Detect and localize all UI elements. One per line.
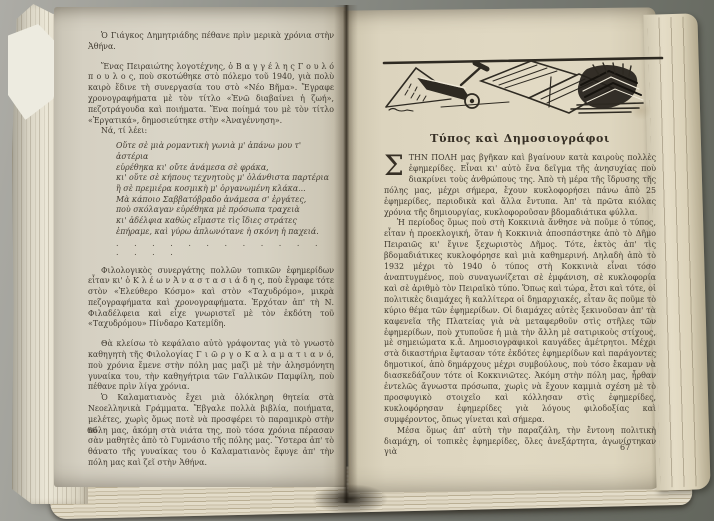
poem-line: Οὔτε σὲ μιὰ ρομαντικὴ γωνιὰ μ' ἀπάνω μου… bbox=[116, 141, 334, 162]
paragraph: Ὁ Γιάγκος Δημητριάδης πέθανε πρὶν μερικὰ… bbox=[88, 31, 334, 53]
book-photo: Ὁ Γιάγκος Δημητριάδης πέθανε πρὶν μερικὰ… bbox=[0, 0, 714, 521]
paragraph: Ὁ Καλαματιανὸς ἔχει μιὰ ὁλόκληρη θητεία … bbox=[88, 393, 334, 469]
gutter-shadow bbox=[334, 5, 358, 503]
paragraph: Μέσα ὅμως ἀπ' αὐτὴ τὴν παραζάλη, τὴν ἔντ… bbox=[384, 426, 656, 459]
poem-line: ἢ σὲ πρεμιέρα κοσμικὴ μ' ὀργανωμένη κλάκ… bbox=[116, 184, 334, 195]
poem-lead-in: Νά, τί λέει: bbox=[88, 126, 334, 137]
left-page-text: Ὁ Γιάγκος Δημητριάδης πέθανε πρὶν μερικὰ… bbox=[88, 31, 334, 469]
poem-line: ἐπήραμε, καὶ γύρω ἁπλωνότανε ἡ σκόνη ἡ π… bbox=[116, 227, 334, 238]
chapter-heading: Τύπος καὶ Δημοσιογράφοι bbox=[384, 132, 656, 145]
page-number-right: 67 bbox=[620, 443, 630, 452]
gutter-bottom-shadow bbox=[312, 484, 388, 514]
dots-separator: . . . . . . . . . . . . . . . . bbox=[116, 239, 334, 257]
poem-line: εὑρέθηκα κι' οὔτε ἀνάμεσα σὲ φράκα, bbox=[116, 163, 334, 174]
paragraph-text: ΤΗΝ ΠΟΛΗ μας βγῆκαν καὶ βγαίνουν κατὰ κα… bbox=[384, 153, 656, 217]
paragraph: ΣΤΗΝ ΠΟΛΗ μας βγῆκαν καὶ βγαίνουν κατὰ κ… bbox=[384, 153, 656, 218]
poem-line: Μὰ κάποιο Σαββατόβραδο ἀνάμεσα σ' ἐργάτε… bbox=[116, 195, 334, 206]
drop-cap: Σ bbox=[384, 153, 409, 176]
print-roller-illustration bbox=[381, 55, 665, 121]
poem-line: ποὺ σκόλαγαν εὑρέθηκα μὲ πρόσωπα τραχειὰ bbox=[116, 205, 334, 216]
page-number-left: 66 bbox=[87, 426, 97, 435]
poem: Οὔτε σὲ μιὰ ρομαντικὴ γωνιὰ μ' ἀπάνω μου… bbox=[116, 141, 334, 237]
paragraph: Θὰ κλείσω τὸ κεφάλαιο αὐτὸ γράφοντας γιὰ… bbox=[88, 339, 334, 393]
right-page-text: ΣΤΗΝ ΠΟΛΗ μας βγῆκαν καὶ βγαίνουν κατὰ κ… bbox=[384, 153, 656, 458]
poem-line: κι' οὔτε σὲ κήπους τεχνητοὺς μ' ὁλάνθιστ… bbox=[116, 173, 334, 184]
poem-line: κι' ἀδέλφια καθὼς εἴμαστε τὶς ἴδιες στρά… bbox=[116, 216, 334, 227]
paragraph: Ἡ περίοδος ὅμως ποὺ στὴ Κοκκινιὰ ἄνθησε … bbox=[384, 218, 656, 425]
paragraph: Φιλολογικὸς συνεργάτης πολλῶν τοπικῶν ἐφ… bbox=[88, 266, 334, 331]
paragraph: Ἕνας Πειραιώτης λογοτέχνης, ὁ Β α γ γ έ … bbox=[88, 62, 334, 127]
